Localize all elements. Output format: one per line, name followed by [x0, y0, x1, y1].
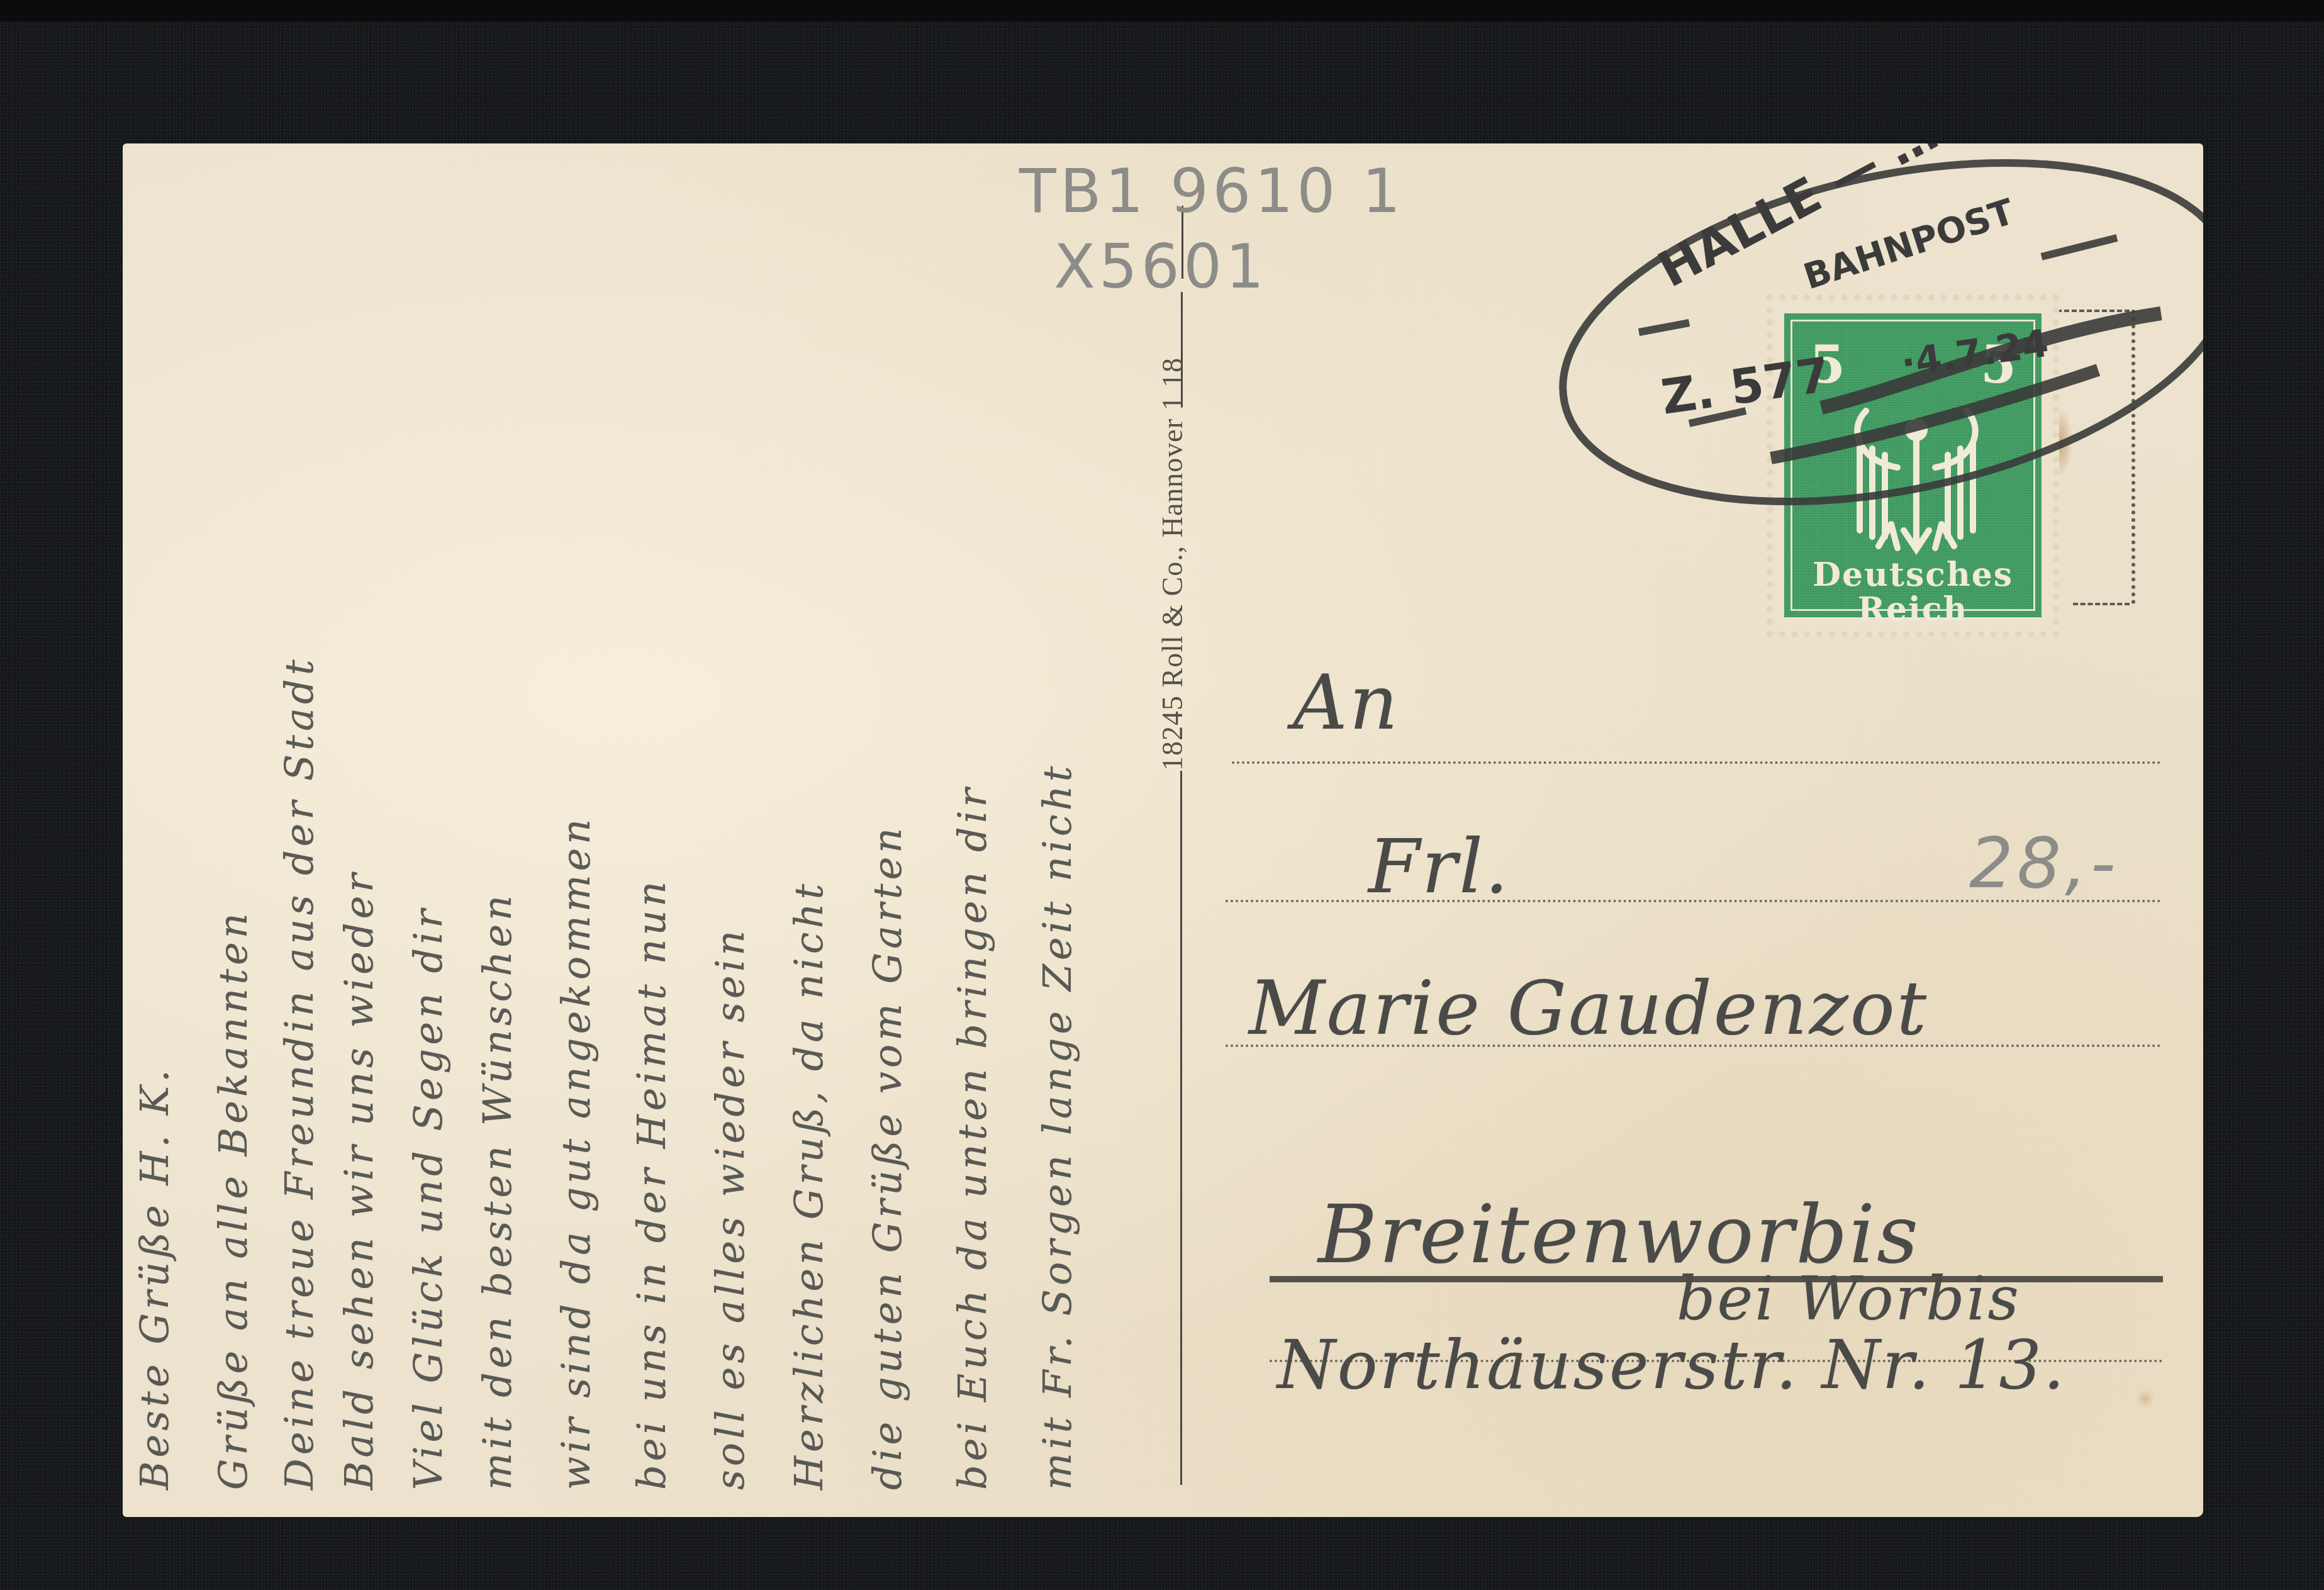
stamp-country-line2: Reich — [1784, 590, 2042, 629]
foxing-stain — [2136, 1389, 2155, 1408]
handwritten-message: Beste Grüße H. K. Grüße an alle Bekannte… — [123, 143, 1173, 1517]
message-column: Beste Grüße H. K. — [135, 143, 174, 1490]
address-salutation: An — [1293, 659, 1400, 747]
address-line-rule — [1232, 761, 2161, 764]
address-district: bei Worbis — [1677, 1263, 2021, 1334]
message-column: die guten Grüße vom Garten — [868, 143, 907, 1490]
message-column: bei uns in der Heimat nun — [632, 143, 671, 1490]
address-street: Northäuserstr. Nr. 13. — [1277, 1326, 2067, 1404]
center-divider — [1180, 771, 1182, 1485]
album-mount-edge — [0, 0, 2324, 21]
pencil-price: 28,- — [1969, 823, 2120, 904]
stamp-country-line1: Deutsches — [1784, 556, 2042, 594]
postmark-train-number: Z. 577 — [1658, 346, 1833, 425]
address-line-rule — [1226, 900, 2161, 902]
postmark-cancellation: HALLE — … — BAHNPOST Z. 577 ·4.7.24 — [1545, 143, 2203, 546]
message-column: mit den besten Wünschen — [478, 143, 517, 1490]
message-column: mit Fr. Sorgen lange Zeit nicht — [1038, 143, 1077, 1490]
message-column: wir sind da gut angekommen — [557, 143, 596, 1490]
message-column: Viel Glück und Segen dir — [409, 143, 448, 1490]
publisher-imprint-text: 18245 Roll & Co., Hannover 1 18 — [1156, 357, 1189, 771]
address-recipient-name: Marie Gaudenzot — [1249, 965, 1928, 1051]
message-column: Deine treue Freundin aus der Stadt — [280, 143, 319, 1490]
message-column: Herzlichen Gruß, da nicht — [790, 143, 829, 1490]
stamp-box-outline — [2073, 603, 2130, 605]
postcard: Beste Grüße H. K. Grüße an alle Bekannte… — [123, 143, 2203, 1517]
message-column: Grüße an alle Bekannten — [214, 143, 253, 1490]
message-column: bei Euch da unten bringen dir — [953, 143, 992, 1490]
pencil-inventory-code: X5601 — [1054, 232, 1268, 302]
postmark-date: ·4.7.24 — [1898, 322, 2051, 386]
pencil-inventory-number: TB1 9610 1 — [1019, 156, 1404, 227]
address-title: Frl. — [1368, 823, 1511, 910]
message-column: Bald sehen wir uns wieder — [340, 143, 379, 1490]
message-column: soll es alles wieder sein — [711, 143, 750, 1490]
